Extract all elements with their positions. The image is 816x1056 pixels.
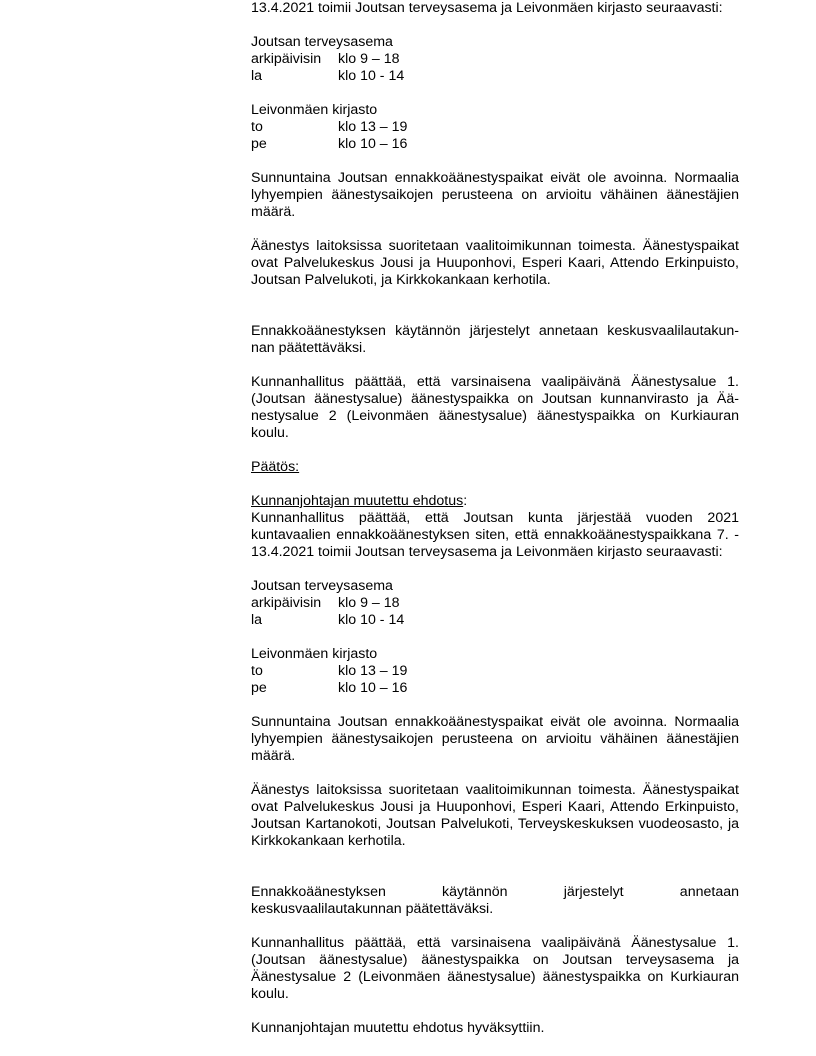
amended-intro: Kunnanhallitus päättää, että Joutsan kun… bbox=[251, 510, 739, 561]
schedule-title: Joutsan terveysasema bbox=[251, 34, 739, 51]
schedule-time: klo 9 – 18 bbox=[338, 595, 400, 612]
institutions-note: Äänestys laitoksissa suoritetaan vaalito… bbox=[251, 238, 739, 289]
schedule-title: Leivonmäen kirjasto bbox=[251, 102, 739, 119]
schedule-time: klo 13 – 19 bbox=[338, 119, 407, 136]
schedule-time: klo 10 – 16 bbox=[338, 136, 407, 153]
amended-arrangements-line-2: keskusvaalilautakunnan päätettäväksi. bbox=[251, 901, 739, 918]
schedule-row: la klo 10 - 14 bbox=[251, 68, 739, 85]
schedule-time: klo 10 - 14 bbox=[338, 612, 404, 629]
amended-arrangements-line-1: Ennakkoäänestyksen käytännön järjestelyt… bbox=[251, 884, 739, 901]
amended-schedule-health-center: Joutsan terveysasema arkipäivisin klo 9 … bbox=[251, 578, 739, 629]
document-page: 13.4.2021 toimii Joutsan terveysasema ja… bbox=[251, 0, 739, 1037]
schedule-day: to bbox=[251, 663, 338, 680]
amended-proposal-heading: Kunnanjohtajan muutettu ehdotus bbox=[251, 493, 463, 509]
heading-colon: : bbox=[463, 493, 467, 509]
amended-election-day-note: Kunnanhallitus päättää, että varsinaisen… bbox=[251, 935, 739, 1003]
schedule-day: pe bbox=[251, 136, 338, 153]
schedule-time: klo 13 – 19 bbox=[338, 663, 407, 680]
schedule-row: pe klo 10 – 16 bbox=[251, 136, 739, 153]
amended-institutions-note: Äänestys laitoksissa suoritetaan vaalito… bbox=[251, 782, 739, 850]
schedule-title: Joutsan terveysasema bbox=[251, 578, 739, 595]
sunday-note: Sunnuntaina Joutsan ennakkoäänestyspaika… bbox=[251, 170, 739, 221]
arrangements-note: Ennakkoäänestyksen käytännön järjestelyt… bbox=[251, 323, 739, 357]
schedule-row: to klo 13 – 19 bbox=[251, 663, 739, 680]
schedule-row: to klo 13 – 19 bbox=[251, 119, 739, 136]
schedule-title: Leivonmäen kirjasto bbox=[251, 646, 739, 663]
schedule-time: klo 9 – 18 bbox=[338, 51, 400, 68]
schedule-row: arkipäivisin klo 9 – 18 bbox=[251, 51, 739, 68]
election-day-note: Kunnanhallitus päättää, että varsinaisen… bbox=[251, 374, 739, 442]
schedule-day: to bbox=[251, 119, 338, 136]
schedule-row: arkipäivisin klo 9 – 18 bbox=[251, 595, 739, 612]
amended-sunday-note: Sunnuntaina Joutsan ennakkoäänestyspaika… bbox=[251, 714, 739, 765]
schedule-health-center: Joutsan terveysasema arkipäivisin klo 9 … bbox=[251, 34, 739, 85]
amended-schedule-library: Leivonmäen kirjasto to klo 13 – 19 pe kl… bbox=[251, 646, 739, 697]
schedule-day: pe bbox=[251, 680, 338, 697]
schedule-time: klo 10 – 16 bbox=[338, 680, 407, 697]
schedule-day: arkipäivisin bbox=[251, 595, 338, 612]
decision-heading: Päätös: bbox=[251, 459, 739, 476]
schedule-row: la klo 10 - 14 bbox=[251, 612, 739, 629]
schedule-row: pe klo 10 – 16 bbox=[251, 680, 739, 697]
schedule-day: la bbox=[251, 68, 338, 85]
final-decision: Kunnanjohtajan muutettu ehdotus hyväksyt… bbox=[251, 1020, 739, 1037]
schedule-time: klo 10 - 14 bbox=[338, 68, 404, 85]
schedule-day: arkipäivisin bbox=[251, 51, 338, 68]
schedule-day: la bbox=[251, 612, 338, 629]
amended-proposal-heading-line: Kunnanjohtajan muutettu ehdotus: bbox=[251, 493, 739, 510]
schedule-library: Leivonmäen kirjasto to klo 13 – 19 pe kl… bbox=[251, 102, 739, 153]
opening-line: 13.4.2021 toimii Joutsan terveysasema ja… bbox=[251, 0, 739, 17]
